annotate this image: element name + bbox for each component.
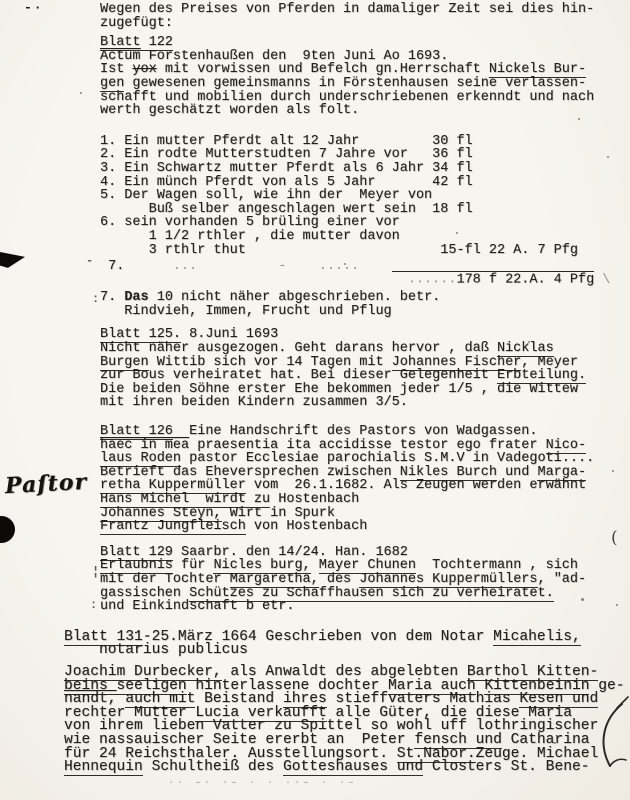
- ink-blob: [0, 516, 15, 543]
- text-line: Blatt 122: [100, 36, 630, 50]
- text-line: werth geschätzt worden als folt.: [100, 104, 630, 118]
- margin-note-pastor: Paſtor: [4, 469, 85, 499]
- text-line: Nicht näher ausgezogen. Geht darans herv…: [100, 342, 630, 356]
- text-line: 1 1/2 rthler , die mutter davon: [100, 230, 630, 244]
- paragraph-blatt-126: Blatt 126 Eine Handschrift des Pastors v…: [100, 425, 630, 534]
- paragraph-blatt-131: Blatt 131-25.März 1664 Geschrieben von d…: [64, 631, 630, 658]
- text-line: 6. sein vorhanden 5 brüling einer vor: [100, 216, 630, 230]
- paragraph-intro: Wegen des Preises von Pferden in damalig…: [100, 3, 630, 30]
- paper-speck: [578, 118, 580, 120]
- text-line: retha Kuppermüller vom 26.1.1682. Als Ze…: [100, 479, 630, 493]
- text-line: Rindvieh, Immen, Frucht und Pflug: [100, 305, 630, 319]
- paper-speck: [612, 470, 614, 472]
- text-line: ......178 f 22.A. 4 Pfg \: [100, 274, 630, 288]
- margin-paren-mark: (: [611, 528, 618, 548]
- corner-mark: -·: [24, 0, 44, 15]
- paper-speck: [581, 598, 584, 601]
- margin-mark: :: [90, 598, 97, 612]
- paragraph-price-list: 1. Ein mutter Pferdt alt 12 Jahr 30 fl2.…: [100, 135, 630, 257]
- text-line: 3. Ein Schwartz mutter Pferdt als 6 Jahr…: [100, 162, 630, 176]
- text-line: zugefügt:: [100, 17, 630, 31]
- text-line: laus Roden pastor Ecclesiae parochialis …: [100, 452, 630, 466]
- paragraph-blatt-122: Blatt 122Actum Forstenhaußen den 9ten Ju…: [100, 36, 630, 118]
- paper-speck: [344, 263, 346, 265]
- text-line: Erlaubnis für Nicles burg, Mayer Chunen …: [100, 559, 630, 573]
- paragraph-item-7-note: 7. Das 10 nicht näher abgeschrieben. bet…: [100, 291, 630, 318]
- text-line: 3 rthlr thut 15-fl 22 A. 7 Pfg: [100, 244, 630, 258]
- text-line: 5. Der Wagen soll, wie ihn der Meyer von: [100, 189, 630, 203]
- text-line: Wegen des Preises von Pferden in damalig…: [100, 3, 630, 17]
- text-line: Frantz Jungfleisch von Hostenbach: [100, 520, 630, 534]
- text-line: mit ihren beiden Kindern zusammen 3/5.: [100, 396, 630, 410]
- ink-wedge: [0, 252, 25, 274]
- paper-speck: [456, 232, 458, 234]
- text-line: und Einkindschaft b etr.: [100, 600, 630, 614]
- paragraph-blatt-125: Blatt 125. 8.Juni 1693Nicht näher ausgez…: [100, 328, 630, 410]
- bleedthrough-noise: ·· –· ·– · · ··– · ·–: [168, 778, 357, 789]
- paragraph-sum: 7. ... - ..... ......178 f 22.A. 4 Pfg \: [100, 260, 630, 287]
- paper-speck: [616, 604, 618, 606]
- document-text: Wegen des Preises von Pferden in damalig…: [100, 3, 630, 775]
- margin-mark: :: [92, 292, 99, 306]
- margin-squiggle-mark: [586, 692, 630, 782]
- text-line: notarius publicus: [64, 644, 630, 658]
- text-line: mit der Tochter Margaretha, des Johannes…: [100, 573, 630, 587]
- paragraph-durbecker: Joachim Durbecker, als Anwaldt des abgel…: [64, 666, 630, 775]
- document-page: Wegen des Preises von Pferden in damalig…: [0, 0, 630, 800]
- text-line: gen gewesenen gemeinsmanns in Förstenhau…: [100, 77, 630, 91]
- margin-mark: ¦: [92, 565, 99, 579]
- text-line: Ist yox mit vorwissen und Befelch gn.Her…: [100, 63, 630, 77]
- text-line: 2. Ein rodte Mutterstudten 7 Jahre vor 3…: [100, 148, 630, 162]
- paper-speck: [554, 742, 556, 744]
- text-line: Hans Michel wirdt zu Hostenbach: [100, 493, 630, 507]
- paragraph-blatt-129: Blatt 129 Saarbr. den 14/24. Han. 1682Er…: [100, 546, 630, 614]
- text-line: 7. Das 10 nicht näher abgeschrieben. bet…: [100, 291, 630, 305]
- text-line: Hennequin Schultheiß des Gotteshauses un…: [64, 761, 630, 775]
- paper-speck: [607, 156, 609, 158]
- paper-speck: [80, 92, 82, 94]
- text-line: zur Bous verheiratet hat. Bei dieser Gel…: [100, 369, 630, 383]
- text-line: Blatt 126 Eine Handschrift des Pastors v…: [100, 425, 630, 439]
- paper-speck: [528, 341, 530, 343]
- margin-mark: -: [86, 254, 93, 268]
